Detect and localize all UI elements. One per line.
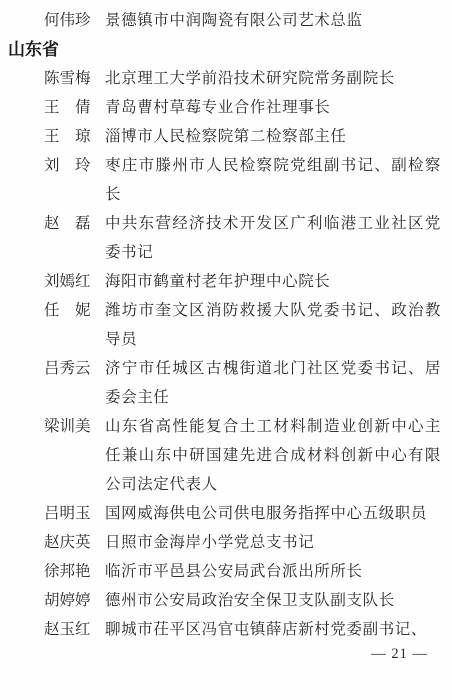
honoree-name: 吕秀云 (44, 354, 94, 383)
entry-row: 任 妮 潍坊市奎文区消防救援大队党委书记、政治教导员 (0, 296, 452, 354)
page-number: — 21 — (371, 646, 428, 663)
honoree-title: 德州市公安局政治安全保卫支队副支队长 (105, 586, 441, 615)
honoree-title: 山东省高性能复合土工材料制造业创新中心主任兼山东中研国建先进合成材料创新中心有限… (105, 412, 441, 499)
entry-row: 刘嫣红 海阳市鹤童村老年护理中心院长 (0, 267, 452, 296)
honoree-name: 赵庆英 (44, 528, 94, 557)
honoree-name: 梁训美 (44, 412, 94, 441)
province-heading: 山东省 (0, 35, 452, 64)
honoree-title: 枣庄市滕州市人民检察院党组副书记、副检察长 (105, 151, 441, 209)
honoree-name: 胡婷婷 (44, 586, 94, 615)
entry-row: 陈雪梅 北京理工大学前沿技术研究院常务副院长 (0, 64, 452, 93)
entry-row: 赵 磊 中共东营经济技术开发区广利临港工业社区党委书记 (0, 209, 452, 267)
honoree-name: 赵玉红 (44, 615, 94, 644)
document-page: 何伟珍 景德镇市中润陶瓷有限公司艺术总监 山东省 陈雪梅 北京理工大学前沿技术研… (0, 0, 452, 700)
honoree-name: 刘 玲 (44, 151, 94, 180)
entry-row: 吕明玉 国网威海供电公司供电服务指挥中心五级职员 (0, 499, 452, 528)
honoree-title: 济宁市任城区古槐街道北门社区党委书记、居委会主任 (105, 354, 441, 412)
honoree-name: 徐邦艳 (44, 557, 94, 586)
honoree-name: 王 倩 (44, 93, 94, 122)
entry-row: 王 倩 青岛曹村草莓专业合作社理事长 (0, 93, 452, 122)
entry-row: 王 琼 淄博市人民检察院第二检察部主任 (0, 122, 452, 151)
honoree-name: 刘嫣红 (44, 267, 94, 296)
honoree-title: 潍坊市奎文区消防救援大队党委书记、政治教导员 (105, 296, 441, 354)
honoree-title: 临沂市平邑县公安局武台派出所所长 (105, 557, 441, 586)
honoree-title: 青岛曹村草莓专业合作社理事长 (105, 93, 441, 122)
honoree-name: 赵 磊 (44, 209, 94, 238)
entry-row: 刘 玲 枣庄市滕州市人民检察院党组副书记、副检察长 (0, 151, 452, 209)
entry-row: 赵玉红 聊城市茌平区冯官屯镇薛店新村党委副书记、 (0, 615, 452, 644)
honoree-title: 北京理工大学前沿技术研究院常务副院长 (105, 64, 441, 93)
honoree-name: 任 妮 (44, 296, 94, 325)
honoree-name: 王 琼 (44, 122, 94, 151)
entry-row: 赵庆英 日照市金海岸小学党总支书记 (0, 528, 452, 557)
honoree-title: 日照市金海岸小学党总支书记 (105, 528, 441, 557)
honoree-title: 淄博市人民检察院第二检察部主任 (105, 122, 441, 151)
honoree-title: 中共东营经济技术开发区广利临港工业社区党委书记 (105, 209, 441, 267)
honoree-name: 陈雪梅 (44, 64, 94, 93)
entry-row: 吕秀云 济宁市任城区古槐街道北门社区党委书记、居委会主任 (0, 354, 452, 412)
honoree-name: 吕明玉 (44, 499, 94, 528)
entry-row: 梁训美 山东省高性能复合土工材料制造业创新中心主任兼山东中研国建先进合成材料创新… (0, 412, 452, 499)
honoree-name: 何伟珍 (44, 6, 94, 35)
honoree-title: 海阳市鹤童村老年护理中心院长 (105, 267, 441, 296)
entry-row: 何伟珍 景德镇市中润陶瓷有限公司艺术总监 (0, 6, 452, 35)
honoree-title: 景德镇市中润陶瓷有限公司艺术总监 (105, 6, 441, 35)
honoree-title: 聊城市茌平区冯官屯镇薛店新村党委副书记、 (105, 615, 441, 644)
entry-row: 胡婷婷 德州市公安局政治安全保卫支队副支队长 (0, 586, 452, 615)
entry-row: 徐邦艳 临沂市平邑县公安局武台派出所所长 (0, 557, 452, 586)
honoree-title: 国网威海供电公司供电服务指挥中心五级职员 (105, 499, 441, 528)
